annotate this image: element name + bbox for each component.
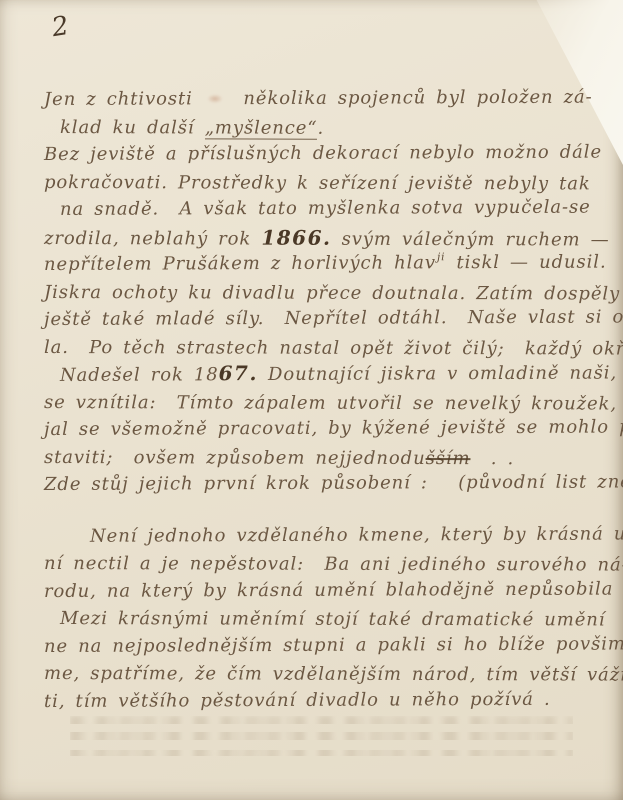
line-text: tiskl — udusil.	[446, 252, 606, 274]
line-text: staviti; ovšem způsobem nejjednodu	[44, 447, 426, 469]
line-text: ti, tím většího pěstování divadlo u něho…	[44, 688, 551, 711]
line-text: me, spatříme, že čím vzdělanějším národ,…	[44, 663, 623, 686]
ink-smudge	[207, 94, 223, 103]
line-text: rodu, na který by krásná umění blahodějn…	[44, 578, 623, 602]
line-text: nepřítelem Prušákem z horlivých hlav	[44, 252, 436, 275]
line-text: Není jednoho vzdělaného kmene, který by …	[90, 523, 623, 546]
line-text: Doutnající jiskra v omladině naši, zdejš…	[258, 362, 623, 385]
paragraph-1: Jen z chtivosti několika spojenců byl po…	[44, 86, 605, 499]
manuscript-line: ní nectil a je nepěstoval: Ba ani jediné…	[44, 550, 605, 579]
struck-word: šším	[426, 447, 471, 468]
paragraph-break	[44, 499, 605, 523]
line-text: klad ku další	[60, 117, 205, 138]
line-text: svým válečným ruchem —	[331, 228, 609, 250]
line-text: Jen z chtivosti několika spojenců byl po…	[44, 87, 593, 110]
underlined-word: „myšlence“	[205, 117, 318, 139]
manuscript-line: rodu, na který by krásná umění blahodějn…	[44, 575, 605, 605]
manuscript-page: 2 Jen z chtivosti několika spojenců byl …	[0, 0, 623, 800]
manuscript-line: Nadešel rok 1867. Doutnající jiskra v om…	[44, 359, 605, 389]
manuscript-line: Mezi krásnými uměnímí stojí také dramati…	[44, 605, 605, 634]
manuscript-line: Zde stůj jejich první krok působení : (p…	[44, 469, 605, 499]
line-text: ještě také mladé síly. Nepřítel odtáhl. …	[44, 306, 623, 330]
line-text: ne na nejposlednějším stupni a pakli si …	[44, 633, 623, 657]
manuscript-line: me, spatříme, že čím vzdělanějším národ,…	[44, 660, 605, 689]
manuscript-line: Bez jeviště a příslušných dekorací nebyl…	[44, 139, 605, 169]
paragraph-2: Není jednoho vzdělaného kmene, který by …	[44, 523, 605, 716]
year-1866: 1866.	[261, 225, 331, 249]
manuscript-line: na snadě. A však tato myšlenka sotva vyp…	[44, 194, 605, 224]
line-text: . .	[470, 448, 514, 469]
year-1867: 67.	[219, 361, 258, 385]
line-text: Jiskra ochoty ku divadlu přece doutnala.…	[44, 282, 620, 305]
line-text: se vznítila: Tímto zápalem utvořil se ne…	[44, 392, 617, 415]
line-text: jal se všemožně pracovati, by kýžené jev…	[44, 416, 623, 440]
line-text: Zde stůj jejich první krok působení : (p…	[44, 471, 623, 495]
manuscript-line: ještě také mladé síly. Nepřítel odtáhl. …	[44, 304, 605, 334]
manuscript-line: jal se všemožně pracovati, by kýžené jev…	[44, 414, 605, 444]
page-number: 2	[50, 11, 72, 43]
manuscript-line: ti, tím většího pěstování divadlo u něho…	[44, 685, 605, 715]
manuscript-line: ne na nejposlednějším stupni a pakli si …	[44, 630, 605, 660]
inserted-word: ji	[437, 252, 445, 262]
manuscript-line: Není jednoho vzdělaného kmene, který by …	[44, 520, 605, 550]
line-text: Bez jeviště a příslušných dekorací nebyl…	[44, 142, 602, 165]
line-text: .	[317, 117, 324, 138]
manuscript-line: nepřítelem Prušákem z horlivých hlavji t…	[44, 249, 605, 279]
line-text: na snadě. A však tato myšlenka sotva vyp…	[60, 197, 591, 220]
bleed-through-text	[70, 716, 573, 762]
line-text: Mezi krásnými uměnímí stojí také dramati…	[60, 608, 605, 630]
line-text: zrodila, neblahý rok	[44, 228, 261, 250]
manuscript-line: Jen z chtivosti několika spojenců byl po…	[44, 84, 605, 114]
line-text: ní nectil a je nepěstoval: Ba ani jediné…	[44, 553, 623, 576]
line-text: Nadešel rok 18	[60, 364, 219, 386]
line-text: la. Po těch strastech nastal opět život …	[44, 337, 623, 360]
manuscript-text: Jen z chtivosti několika spojenců byl po…	[44, 86, 605, 715]
line-text: pokračovati. Prostředky k seřízení jeviš…	[44, 172, 591, 194]
